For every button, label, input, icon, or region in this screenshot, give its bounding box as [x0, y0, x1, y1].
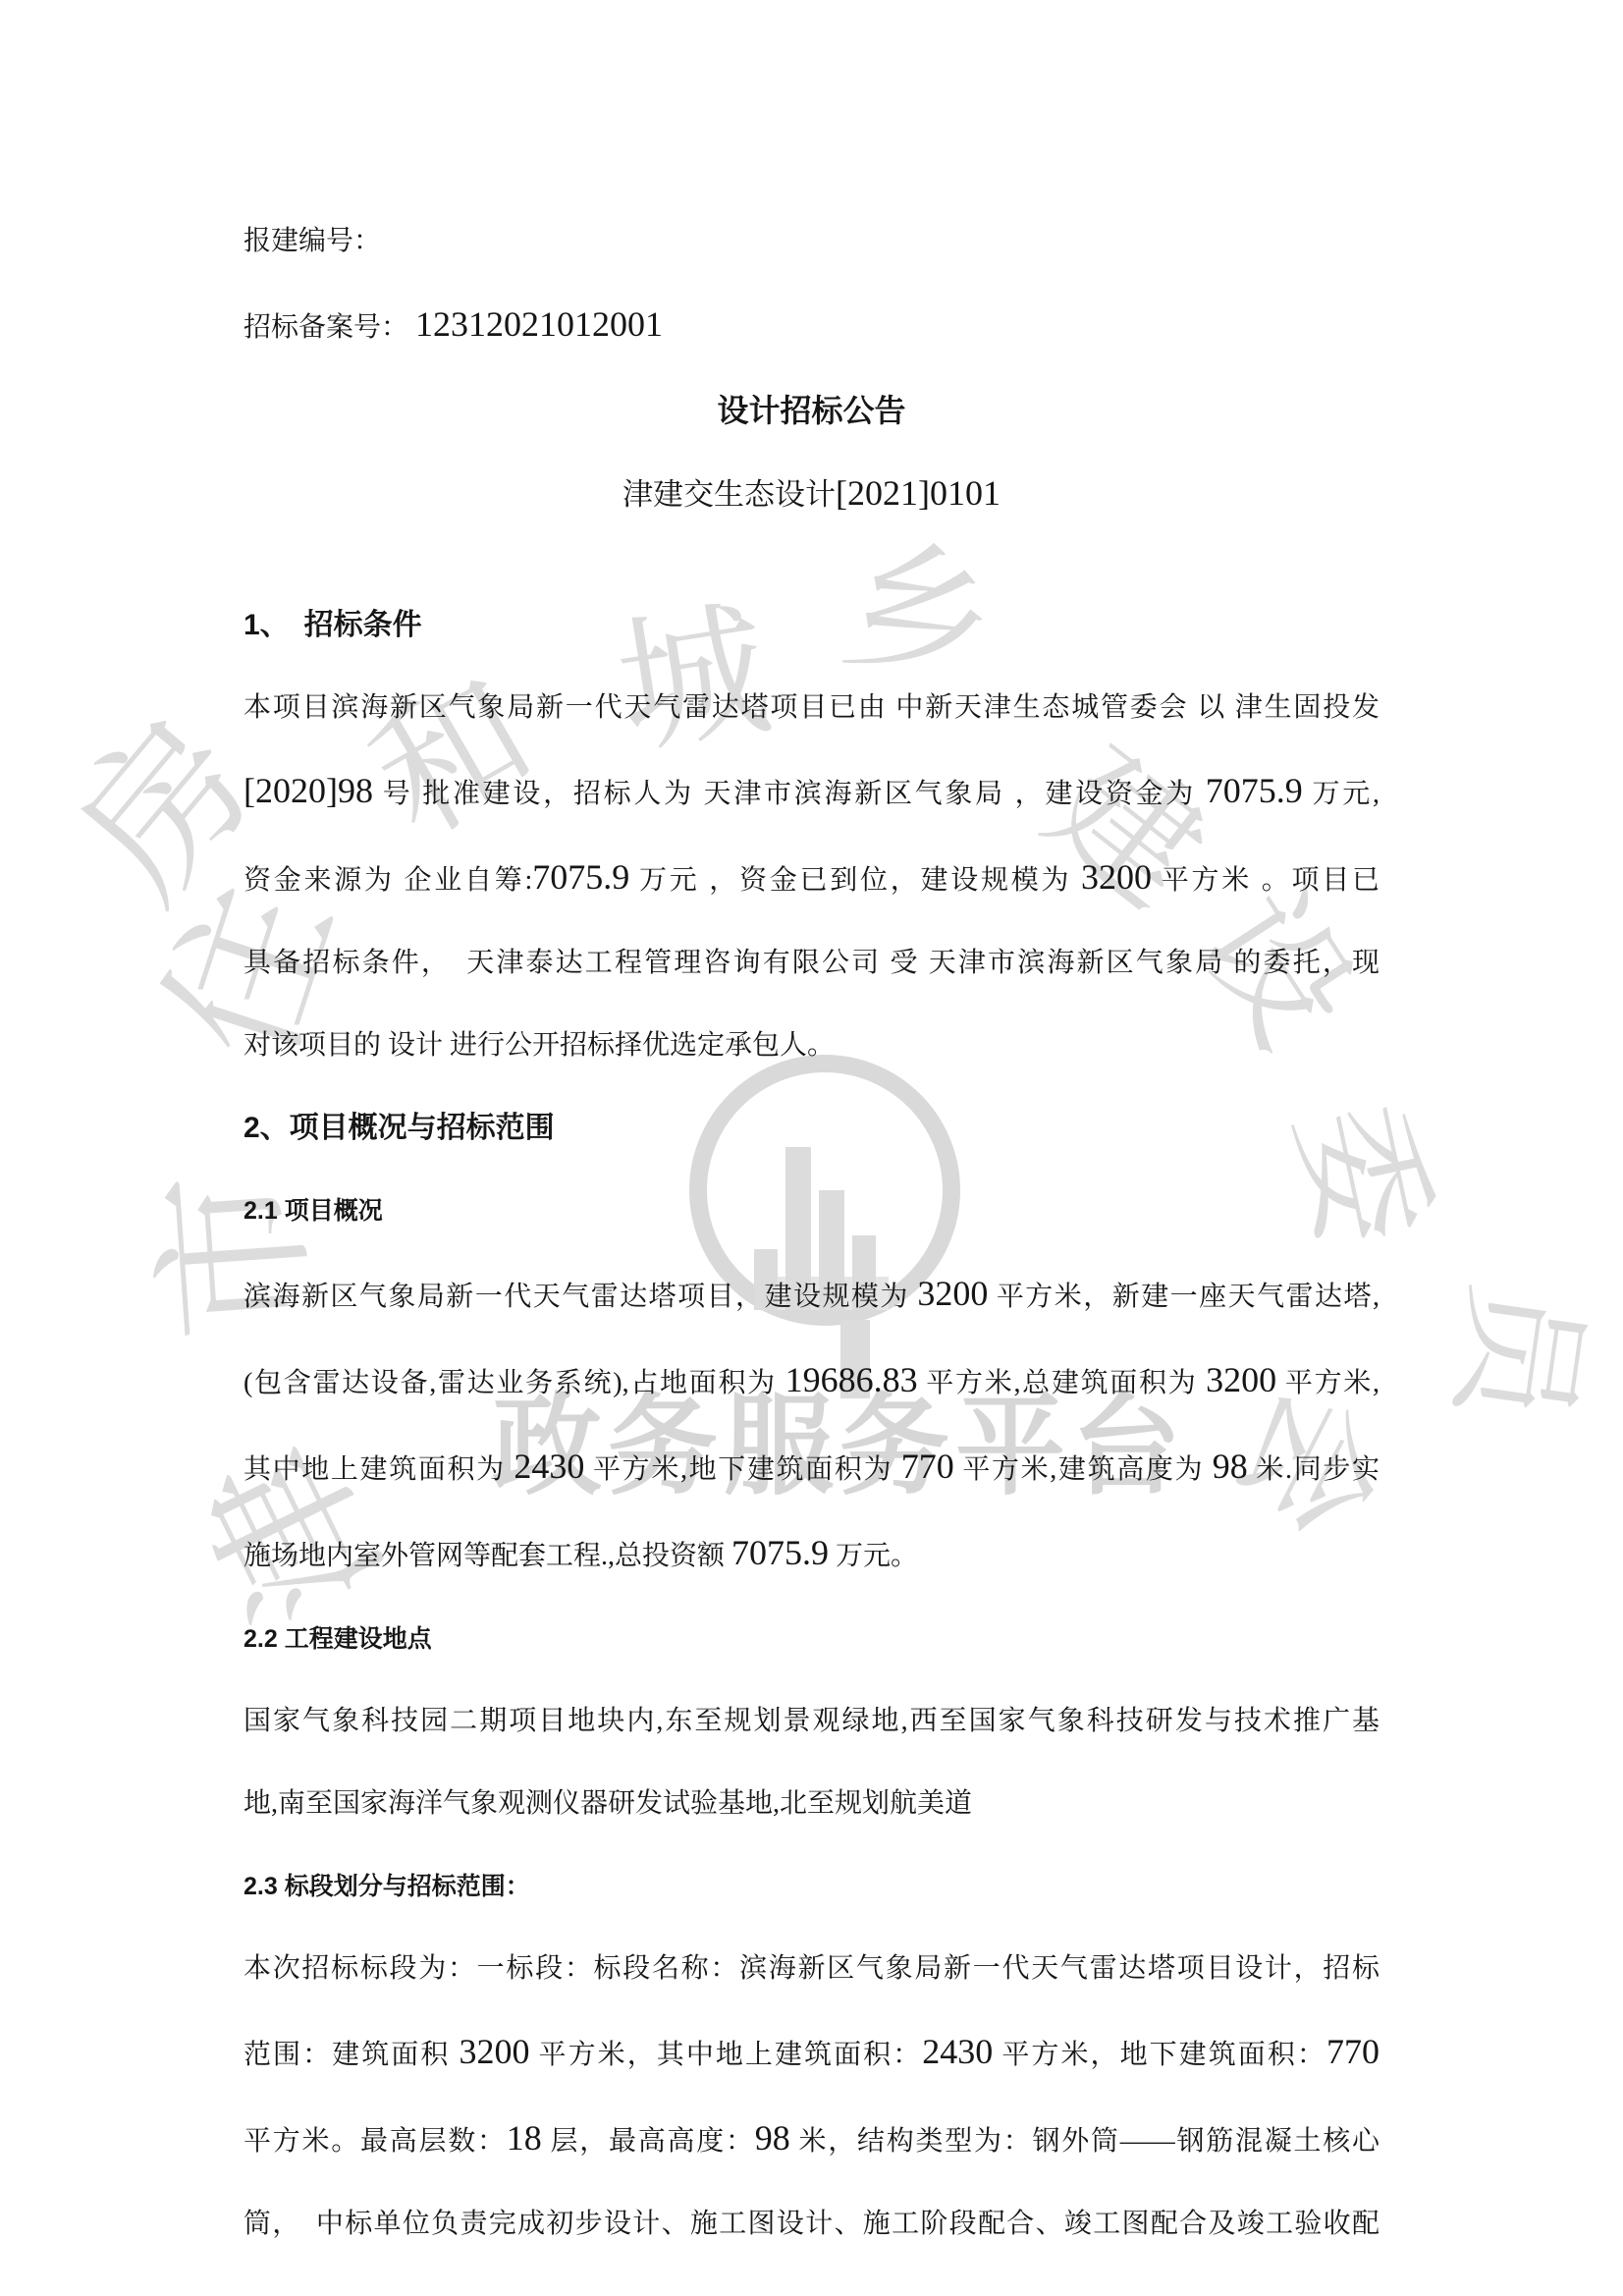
document-line: 范围：建筑面积 3200 平方米，其中地上建筑面积：2430 平方米，地下建筑面…	[243, 2010, 1380, 2097]
document-line: 其中地上建筑面积为 2430 平方米,地下建筑面积为 770 平方米,建筑高度为…	[243, 1425, 1380, 1511]
document-line: 本项目滨海新区气象局新一代天气雷达塔项目已由 中新天津生态城管委会 以 津生固投…	[243, 667, 1380, 749]
numeric-text: 770	[1326, 2032, 1380, 2071]
document-line: 平方米。最高层数：18 层，最高高度：98 米，结构类型为：钢外筒——钢筋混凝土…	[243, 2097, 1380, 2183]
document-line: 津建交生态设计[2021]0101	[243, 452, 1380, 536]
document-line: 施场地内室外管网等配套工程.,总投资额 7075.9 万元。	[243, 1511, 1380, 1598]
document-line: 1、 招标条件	[243, 584, 1380, 667]
document-line: (包含雷达设备,雷达业务系统),占地面积为 19686.83 平方米,总建筑面积…	[243, 1339, 1380, 1425]
numeric-text: 7075.9	[1206, 771, 1303, 810]
document-line: 地,南至国家海洋气象观测仪器研发试验基地,北至规划航美道	[243, 1763, 1380, 1845]
numeric-text: 7075.9	[532, 857, 629, 897]
document-line: 本次招标标段为：一标段：标段名称：滨海新区气象局新一代天气雷达塔项目设计，招标	[243, 1928, 1380, 2010]
numeric-text: [2020]98	[243, 771, 373, 810]
document-line: 报建编号：	[243, 200, 1380, 283]
numeric-text: 3200	[1081, 857, 1152, 897]
document-content: 报建编号：招标备案号： 12312021012001设计招标公告津建交生态设计[…	[243, 200, 1380, 2266]
numeric-text: 3200	[459, 2032, 529, 2071]
watermark-arc-char: 员	[1439, 1275, 1596, 1432]
document-line: 滨海新区气象局新一代天气雷达塔项目，建设规模为 3200 平方米，新建一座天气雷…	[243, 1252, 1380, 1339]
document-line: 2.3 标段划分与招标范围：	[243, 1845, 1380, 1928]
document-page: 津市住房和城乡建设委员会 政务服务平台 报建编号：招标备案号： 12312021…	[0, 0, 1623, 2296]
numeric-text: 12312021012001	[415, 304, 663, 344]
document-line: 设计招标公告	[243, 369, 1380, 452]
document-line: 对该项目的 设计 进行公开招标择优选定承包人。	[243, 1005, 1380, 1087]
numeric-text: 3200	[1206, 1360, 1276, 1399]
numeric-text: 98	[1213, 1447, 1248, 1486]
numeric-text: 18	[507, 2118, 542, 2158]
numeric-text: 3200	[917, 1274, 988, 1313]
numeric-text: 98	[755, 2118, 790, 2158]
document-line: 具备招标条件， 天津泰达工程管理咨询有限公司 受 天津市滨海新区气象局 的委托，…	[243, 922, 1380, 1005]
document-line: 2.1 项目概况	[243, 1170, 1380, 1252]
line-spacer	[243, 536, 1380, 584]
numeric-text: [2021]0101	[836, 473, 1001, 513]
numeric-text: 7075.9	[731, 1533, 829, 1572]
numeric-text: 770	[901, 1447, 954, 1486]
document-line: 招标备案号： 12312021012001	[243, 283, 1380, 369]
numeric-text: 19686.83	[785, 1360, 918, 1399]
document-line: 国家气象科技园二期项目地块内,东至规划景观绿地,西至国家气象科技研发与技术推广基	[243, 1680, 1380, 1763]
document-line: 2.2 工程建设地点	[243, 1598, 1380, 1680]
document-line: [2020]98 号 批准建设，招标人为 天津市滨海新区气象局 ，建设资金为 7…	[243, 749, 1380, 836]
numeric-text: 2430	[922, 2032, 993, 2071]
numeric-text: 2430	[514, 1447, 584, 1486]
document-line: 筒， 中标单位负责完成初步设计、施工图设计、施工阶段配合、竣工图配合及竣工验收配	[243, 2183, 1380, 2266]
document-line: 资金来源为 企业自筹:7075.9 万元 ，资金已到位，建设规模为 3200 平…	[243, 836, 1380, 922]
document-line: 2、项目概况与招标范围	[243, 1087, 1380, 1170]
